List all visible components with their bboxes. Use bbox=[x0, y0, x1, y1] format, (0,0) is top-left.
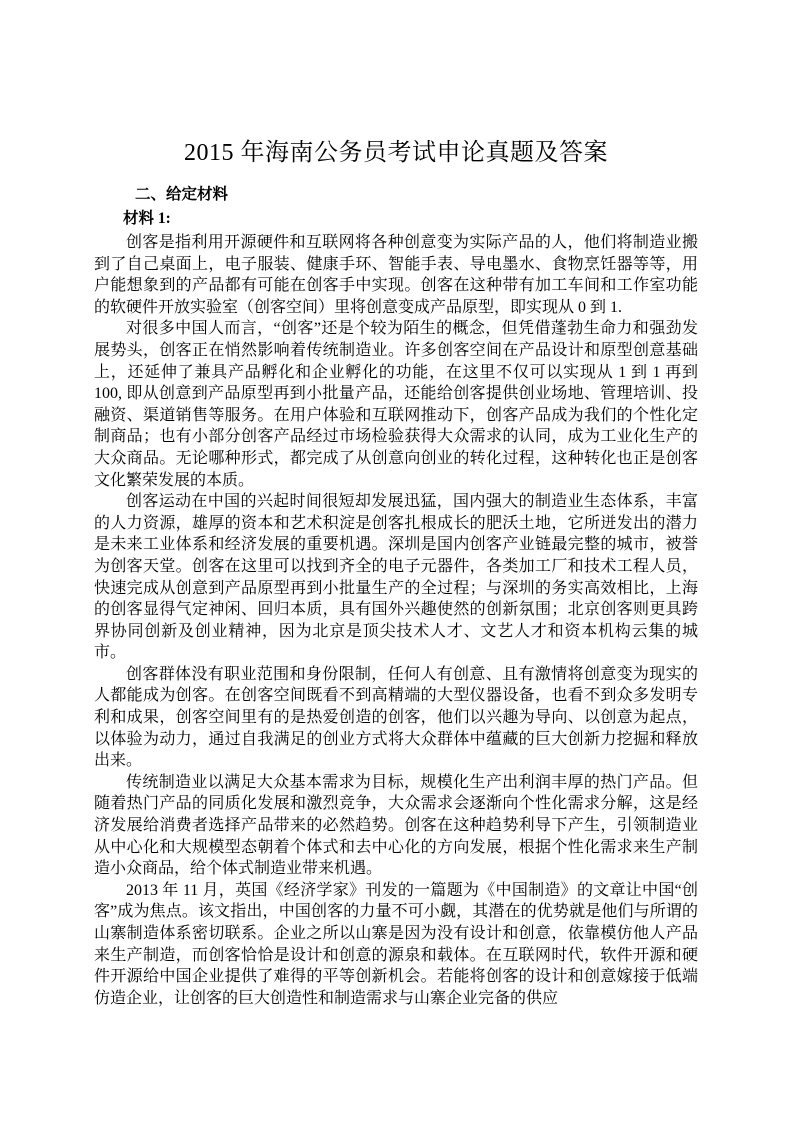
paragraph-3: 创客运动在中国的兴起时间很短却发展迅猛，国内强大的制造业生态体系，丰富的人力资源… bbox=[94, 491, 698, 664]
paragraph-6: 2013 年 11 月，英国《经济学家》刊发的一篇题为《中国制造》的文章让中国“… bbox=[94, 880, 698, 1010]
material-heading: 材料 1: bbox=[123, 208, 698, 230]
section-heading: 二、给定材料 bbox=[135, 184, 698, 206]
paragraph-2: 对很多中国人而言，“创客”还是个较为陌生的概念，但凭借蓬勃生命力和强劲发展势头，… bbox=[94, 318, 698, 491]
document-title: 2015 年海南公务员考试申论真题及答案 bbox=[94, 136, 698, 170]
material-content: 创客是指利用开源硬件和互联网将各种创意变为实际产品的人，他们将制造业搬到了自己桌… bbox=[94, 232, 698, 1009]
paragraph-4: 创客群体没有职业范围和身份限制，任何人有创意、且有激情将创意变为现实的人都能成为… bbox=[94, 664, 698, 772]
paragraph-1: 创客是指利用开源硬件和互联网将各种创意变为实际产品的人，他们将制造业搬到了自己桌… bbox=[94, 232, 698, 318]
paragraph-5: 传统制造业以满足大众基本需求为目标，规模化生产出利润丰厚的热门产品。但随着热门产… bbox=[94, 772, 698, 880]
document-page: 2015 年海南公务员考试申论真题及答案 二、给定材料 材料 1: 创客是指利用… bbox=[0, 0, 793, 1121]
document-body: 2015 年海南公务员考试申论真题及答案 二、给定材料 材料 1: 创客是指利用… bbox=[94, 136, 698, 1009]
